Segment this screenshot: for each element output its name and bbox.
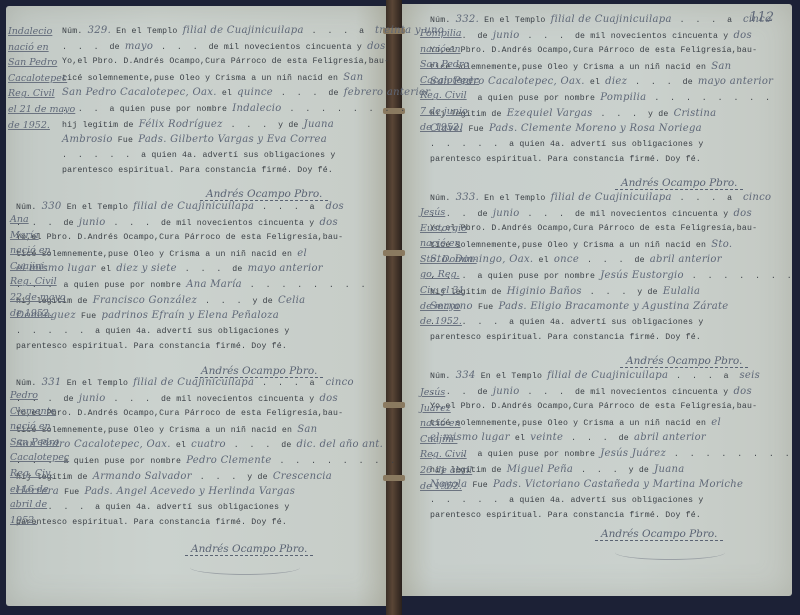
godparents-field: Pads. Eligio Bracamonte y Agustina Zárat… <box>498 301 728 312</box>
form-text: En el Templo <box>476 372 548 381</box>
birth-day-field: veinte <box>530 432 563 443</box>
margin-note-line: de mayo <box>420 299 477 315</box>
day-field: cinco <box>743 192 771 203</box>
birth-day-field: cuatro <box>191 439 226 450</box>
margin-note-line: el 16 de <box>10 482 69 498</box>
form-line: Yo,el Pbro. D.Andrés Ocampo,Cura Párroco… <box>16 230 356 246</box>
entry-number: 331 <box>42 377 62 388</box>
margin-note-line: nació en <box>420 416 472 432</box>
form-text: de mil novecientos cincuenta y <box>575 388 734 397</box>
form-line: . . . . . a quien 4a. advertí sus obliga… <box>62 148 402 164</box>
form-text: Yo,el Pbro. D.Andrés Ocampo,Cura Párroco… <box>430 224 757 233</box>
margin-note: JesúsJuáreznació enCuajini-Reg. Civil26 … <box>420 385 472 494</box>
form-line: . . . de junio . . . de mil novecientos … <box>16 215 356 231</box>
godparents-field: padrinos Efraín y Elena Peñaloza <box>101 310 279 321</box>
form-line: . . . de junio . . . de mil novecientos … <box>430 206 770 222</box>
dots: . . . <box>273 89 328 98</box>
form-text: de <box>232 265 247 274</box>
dots: . . . . . . . . <box>684 272 800 281</box>
father-field: Ezequiel Vargas <box>507 108 593 119</box>
margin-note-line: 26 de abril <box>420 463 472 479</box>
baptism-entry: Núm. 334 En el Templo filial de Cuajinic… <box>430 368 770 524</box>
dots: . . . <box>593 110 648 119</box>
templo-field: filial de Cuajinicuilapa <box>551 14 672 25</box>
signature-flourish <box>615 545 725 560</box>
godparents-field: Pads. Victoriano Castañeda y Martina Mor… <box>493 479 743 490</box>
margin-note-line: Jesús <box>420 385 472 401</box>
margin-note-line: Indalecio <box>8 24 75 40</box>
baptism-entry: Núm. 330 En el Templo filial de Cuajinic… <box>16 199 356 355</box>
num-label: Núm. <box>430 16 456 25</box>
form-line: . . . a quien puse por nombre Jesús Eust… <box>430 268 770 284</box>
margin-note-line: nació en <box>10 419 69 435</box>
year-field: dos <box>733 208 751 219</box>
margin-note-line: Cuajini- <box>420 432 472 448</box>
form-text: de mil novecientos cincuenta y <box>575 32 734 41</box>
mother-field: Crescencia <box>273 471 332 482</box>
form-text: a quien puse por nombre <box>63 457 186 466</box>
margin-note-line: Sto. Domin- <box>420 252 477 268</box>
margin-note-line: Pedro <box>10 388 69 404</box>
signature-flourish <box>190 560 300 575</box>
birthplace-field: San Pedro Cacalotepec, Oax. <box>62 87 217 98</box>
form-line: ticé solemnemente,puse Oleo y Crisma a u… <box>430 59 770 75</box>
margin-note-line: de 1952. <box>420 479 472 495</box>
form-line: Núm. 329. En el Templo filial de Cuajini… <box>62 23 402 39</box>
form-line: ticé solemnemente,puse Oleo y Crisma a u… <box>62 70 402 86</box>
margin-note-line: Cuajini- <box>10 259 66 275</box>
priest-signature: Andrés Ocampo Pbro. <box>185 543 313 556</box>
month-field: junio <box>493 386 520 397</box>
form-text: de <box>281 441 296 450</box>
dots: . . . <box>153 43 208 52</box>
margin-note-line: nació en <box>8 40 75 56</box>
godparents-field: Pads. Angel Acevedo y Herlinda Vargas <box>85 486 296 497</box>
num-label: Núm. <box>16 203 42 212</box>
margin-note-line: Cacalotepec <box>8 71 75 87</box>
form-line: Sto. Domingo, Oax. el once . . . de abri… <box>430 252 770 268</box>
form-line: Serrano Fue Pads. Eligio Bracamonte y Ag… <box>430 299 770 315</box>
name-field: Indalecio <box>232 103 281 114</box>
birth-day-field: diez y siete <box>116 263 177 274</box>
entry-number: 330 <box>42 201 62 212</box>
margin-note-line: Cacalotepec <box>10 450 69 466</box>
baptism-entry: Núm. 333. En el Templo filial de Cuajini… <box>430 190 770 346</box>
binding-stitch <box>383 402 405 408</box>
entry-number: 332. <box>456 14 479 25</box>
dots: . . . <box>520 32 575 41</box>
birthplace-field: el <box>711 417 721 428</box>
month-field: junio <box>79 393 106 404</box>
year-field: dos <box>319 217 337 228</box>
form-text: a quien puse por nombre <box>477 450 600 459</box>
margin-note-line: 22 de mayo <box>10 290 66 306</box>
form-text: de mil novecientos cincuenta y <box>161 219 320 228</box>
dots: . . . <box>192 473 247 482</box>
mother-field: Celia <box>278 295 305 306</box>
form-text: En el Templo <box>479 194 551 203</box>
dots: . . . a <box>672 194 743 203</box>
dots: . . . <box>579 256 634 265</box>
dots: . . . . . <box>430 496 509 505</box>
birth-day-field: once <box>554 254 579 265</box>
form-line: Núm. 334 En el Templo filial de Cuajinic… <box>430 368 770 384</box>
binding-stitch <box>383 250 405 256</box>
margin-note-line: 1952. <box>10 513 69 529</box>
form-text: de <box>63 219 78 228</box>
father-field: Francisco González <box>93 295 197 306</box>
month-field: junio <box>493 208 520 219</box>
margin-note-line: Jesús <box>420 205 477 221</box>
form-text: parentesco espiritual. Para constancia f… <box>430 155 701 164</box>
form-line: . . . . . a quien 4a. advertí sus obliga… <box>430 493 770 509</box>
margin-note: Pompilianació enSan PedroCacalotepecReg.… <box>420 26 479 135</box>
form-text: a quien puse por nombre <box>63 281 186 290</box>
templo-field: filial de Cuajinicuilapa <box>133 201 254 212</box>
month-field: junio <box>493 30 520 41</box>
form-line: Núm. 333. En el Templo filial de Cuajini… <box>430 190 770 206</box>
dots: . . . <box>573 466 628 475</box>
dots: . . . . . <box>16 327 95 336</box>
form-text: parentesco espiritual. Para constancia f… <box>430 333 701 342</box>
dots: . . . <box>520 388 575 397</box>
dots: . . . . . . . . <box>646 94 773 103</box>
dots: . . . <box>582 288 637 297</box>
margin-note-line: San Pedro <box>420 57 479 73</box>
form-text: Yo,el Pbro. D.Andrés Ocampo,Cura Párroco… <box>62 57 389 66</box>
birth-month-field: mayo anterior <box>248 263 323 274</box>
birthplace-field: San <box>343 72 363 83</box>
margin-note-line: Cacalotepec <box>420 73 479 89</box>
form-text: el <box>96 265 116 274</box>
form-line: hij legítim de Higinio Baños . . . y de … <box>430 284 770 300</box>
name-field: Ana María <box>186 279 242 290</box>
form-line: ticé solemnemente,puse Oleo y Crisma a u… <box>16 246 356 262</box>
form-line: . . . de junio . . . de mil novecientos … <box>430 384 770 400</box>
form-text: a quien puse por nombre <box>477 94 600 103</box>
dots: . . . a <box>304 27 375 36</box>
form-text: parentesco espiritual. Para constancia f… <box>430 511 701 520</box>
margin-note-line: San Pedro <box>10 435 69 451</box>
form-line: Yo,el Pbro. D.Andrés Ocampo,Cura Párroco… <box>430 221 770 237</box>
entry-number: 329. <box>88 25 111 36</box>
form-line: parentesco espiritual. Para constancia f… <box>62 163 402 179</box>
godparents-field: Pads. Gilberto Vargas y Eva Correa <box>138 134 327 145</box>
margin-note: JesúsEustorgionació enSto. Domin-go. Reg… <box>420 205 477 330</box>
form-text: de <box>328 89 343 98</box>
form-line: . . . a quien puse por nombre Indalecio … <box>62 101 402 117</box>
form-line: San Pedro Cacalotepec, Oax. el diez . . … <box>430 74 770 90</box>
margin-note: AnaMaríanació enCuajini-Reg. Civil22 de … <box>10 212 66 321</box>
margin-note-line: nació en <box>420 42 479 58</box>
margin-note-line: Reg. Civil <box>420 447 472 463</box>
margin-note-line: de 1952. <box>10 306 66 322</box>
margin-note-line: nació en <box>420 236 477 252</box>
name-field: Jesús Eustorgio <box>600 270 684 281</box>
form-text: a quien puse por nombre <box>109 105 232 114</box>
baptism-entry: Núm. 332. En el Templo filial de Cuajini… <box>430 12 770 168</box>
margin-note-line: go. Reg. <box>420 267 477 283</box>
dots: . . . <box>177 265 232 274</box>
margin-note-line: nació en <box>10 243 66 259</box>
dots: . . . . . <box>62 151 141 160</box>
father-field: Miguel Peña <box>507 464 573 475</box>
day-field: seis <box>740 370 761 381</box>
dots: . . . <box>106 395 161 404</box>
form-line: Yo,el Pbro. D.Andrés Ocampo,Cura Párroco… <box>430 43 770 59</box>
form-text: Yo,el Pbro. D.Andrés Ocampo,Cura Párroco… <box>430 402 757 411</box>
templo-field: filial de Cuajinicuilapa <box>133 377 254 388</box>
margin-note: Indalecionació enSan PedroCacalotepecReg… <box>8 24 75 133</box>
form-text: a quien 4a. advertí sus obligaciones y <box>509 318 703 327</box>
form-text: de <box>634 256 649 265</box>
form-line: . . . de junio . . . de mil novecientos … <box>430 28 770 44</box>
birth-month-field: abril anterior <box>634 432 706 443</box>
form-line: hij legítim de Francisco González . . . … <box>16 293 356 309</box>
form-line: ticé solemnemente,puse Oleo y Crisma a u… <box>430 237 770 253</box>
birth-month-field: abril anterior <box>650 254 722 265</box>
year-field: dos <box>733 30 751 41</box>
form-line: Ambrosio Fue Pads. Gilberto Vargas y Eva… <box>62 132 402 148</box>
form-text: y de <box>278 121 304 130</box>
margin-note-line: Reg. Civil <box>420 88 479 104</box>
form-text: el <box>510 434 530 443</box>
birthplace-field: el <box>297 248 307 259</box>
birth-month-field: febrero anterior <box>344 87 431 98</box>
form-line: . . . . . a quien 4a. advertí sus obliga… <box>430 137 770 153</box>
margin-note-line: de 1952. <box>420 314 477 330</box>
form-text: a quien 4a. advertí sus obligaciones y <box>509 496 703 505</box>
birth-day-field: quince <box>237 87 273 98</box>
form-text: a quien 4a. advertí sus obligaciones y <box>95 503 289 512</box>
form-line: Noyola Fue Pads. Victoriano Castañeda y … <box>430 477 770 493</box>
margin-note-line: Reg. Civil <box>8 86 75 102</box>
margin-note-line: Ana <box>10 212 66 228</box>
form-text: y de <box>247 473 273 482</box>
form-text: a quien 4a. advertí sus obligaciones y <box>509 140 703 149</box>
dots: . . . . . . . . <box>242 281 369 290</box>
baptism-entry: Núm. 329. En el Templo filial de Cuajini… <box>62 23 402 179</box>
mother-field: Juana <box>304 119 334 130</box>
birthplace-field: Sto. <box>711 239 732 250</box>
dots: . . . a <box>672 16 743 25</box>
num-label: Núm. <box>430 372 456 381</box>
margin-note-line: abril de <box>10 497 69 513</box>
form-text: de <box>683 78 698 87</box>
birthplace-field: San <box>297 424 317 435</box>
entry-number: 334 <box>456 370 476 381</box>
form-text: parentesco espiritual. Para constancia f… <box>16 342 287 351</box>
margin-note-line: de 1952. <box>420 120 479 136</box>
margin-note-line: Reg. Civ. <box>10 466 69 482</box>
templo-field: filial de Cuajinicuilapa <box>183 25 304 36</box>
day-field: cinco <box>326 377 354 388</box>
form-line: parentesco espiritual. Para constancia f… <box>16 339 356 355</box>
name-field: Pedro Clemente <box>186 455 271 466</box>
dots: . . . . . . . . <box>282 105 409 114</box>
form-line: Domínguez Fue padrinos Efraín y Elena Pe… <box>16 308 356 324</box>
form-text: el <box>171 441 191 450</box>
form-text: Fue <box>473 303 499 312</box>
form-text: En el Templo <box>62 379 134 388</box>
form-line: el mismo lugar el veinte . . . de abril … <box>430 430 770 446</box>
form-text: de <box>477 210 492 219</box>
form-text: En el Templo <box>62 203 134 212</box>
entry-number: 333. <box>456 192 479 203</box>
priest-signature: Andrés Ocampo Pbro. <box>595 528 723 541</box>
num-label: Núm. <box>16 379 42 388</box>
form-text: el <box>217 89 237 98</box>
form-line: . . . . . a quien 4a. advertí sus obliga… <box>430 315 770 331</box>
mother-field: Juana <box>654 464 684 475</box>
form-line: parentesco espiritual. Para constancia f… <box>430 152 770 168</box>
father-field: Armando Salvador <box>93 471 192 482</box>
form-line: hij legítim de Ezequiel Vargas . . . y d… <box>430 106 770 122</box>
godparents-field: Pads. Clemente Moreno y Rosa Noriega <box>489 123 702 134</box>
margin-note-line: 7 de junio <box>420 104 479 120</box>
form-text: de <box>477 32 492 41</box>
name-field: Jesús Juárez <box>600 448 666 459</box>
form-line: el mismo lugar el diez y siete . . . de … <box>16 261 356 277</box>
mother-field: Cristina <box>674 108 717 119</box>
form-text: de <box>109 43 124 52</box>
year-field: dos <box>367 41 385 52</box>
margin-note-line: Reg. Civil <box>10 274 66 290</box>
templo-field: filial de Cuajinicuilapa <box>547 370 668 381</box>
form-line: Yo,el Pbro. D.Andrés Ocampo,Cura Párroco… <box>430 399 770 415</box>
father-field: Higinio Baños <box>507 286 582 297</box>
form-line: hij legítim de Miguel Peña . . . y de Ju… <box>430 462 770 478</box>
form-line: . . . a quien puse por nombre Jesús Juár… <box>430 446 770 462</box>
margin-note-line: Civ. el 31 <box>420 283 477 299</box>
form-text: y de <box>648 110 674 119</box>
form-line: . . . de mayo . . . de mil novecientos c… <box>62 39 402 55</box>
form-line: ticé solemnemente,puse Oleo y Crisma a u… <box>430 415 770 431</box>
form-line: hij legítim de Félix Rodríguez . . . y d… <box>62 117 402 133</box>
name-field: Pompilia <box>600 92 646 103</box>
form-text: de mil novecientos cincuenta y <box>209 43 368 52</box>
margin-note-line: María <box>10 228 66 244</box>
dots: . . . a <box>668 372 739 381</box>
form-line: San Pedro Cacalotepec, Oax. el quince . … <box>62 85 402 101</box>
year-field: dos <box>733 386 751 397</box>
form-text: de <box>619 434 634 443</box>
dots: . . . <box>226 441 281 450</box>
dots: . . . <box>563 434 618 443</box>
mother-field: Eulalia <box>663 286 700 297</box>
form-text: a quien 4a. advertí sus obligaciones y <box>95 327 289 336</box>
priest-signature: Andrés Ocampo Pbro. <box>620 355 748 368</box>
margin-note-line: de 1952. <box>8 118 75 134</box>
dots: . . . <box>106 219 161 228</box>
birthplace-field: San <box>711 61 731 72</box>
margin-note-line: el 21 de mayo <box>8 102 75 118</box>
dots: . . . <box>520 210 575 219</box>
form-line: parentesco espiritual. Para constancia f… <box>430 330 770 346</box>
binding-stitch <box>383 475 405 481</box>
form-text: de mil novecientos cincuenta y <box>161 395 320 404</box>
margin-note-line: San Pedro <box>8 55 75 71</box>
birth-month-field: dic. del año ant. <box>297 439 384 450</box>
form-text: el <box>585 78 605 87</box>
form-text: a quien 4a. advertí sus obligaciones y <box>141 151 335 160</box>
form-text: Fue <box>113 136 139 145</box>
form-line: parentesco espiritual. Para constancia f… <box>430 508 770 524</box>
num-label: Núm. <box>430 194 456 203</box>
form-text: de mil novecientos cincuenta y <box>575 210 734 219</box>
margin-note-line: Eustorgio <box>420 221 477 237</box>
mother-surname-field: Ambrosio <box>62 134 113 145</box>
year-field: dos <box>319 393 337 404</box>
templo-field: filial de Cuajinicuilapa <box>551 192 672 203</box>
dots: . . . <box>627 78 682 87</box>
margin-note-line: Pompilia <box>420 26 479 42</box>
dots: . . . . . . . . <box>666 450 793 459</box>
margin-note-line: Juárez <box>420 401 472 417</box>
form-text: parentesco espiritual. Para constancia f… <box>62 166 333 175</box>
form-line: Yo,el Pbro. D.Andrés Ocampo,Cura Párroco… <box>62 54 402 70</box>
form-text: Fue <box>76 312 102 321</box>
form-line: . . . . . a quien 4a. advertí sus obliga… <box>16 324 356 340</box>
dots: . . . <box>197 297 252 306</box>
form-text: En el Templo <box>479 16 551 25</box>
form-text: y de <box>252 297 278 306</box>
form-line: . . . a quien puse por nombre Ana María … <box>16 277 356 293</box>
form-text: de <box>477 388 492 397</box>
dots: . . . <box>223 121 278 130</box>
dots: . . . . . . . . <box>272 457 399 466</box>
dots: . . . a <box>254 379 325 388</box>
month-field: mayo <box>125 41 153 52</box>
day-field: cinco <box>743 14 771 25</box>
birth-month-field: mayo anterior <box>698 76 773 87</box>
margin-note: PedroClementenació enSan PedroCacalotepe… <box>10 388 69 528</box>
form-line: Clavel Fue Pads. Clemente Moreno y Rosa … <box>430 121 770 137</box>
form-text: ticé solemnemente,puse Oleo y Crisma a u… <box>62 74 343 83</box>
form-text: el <box>533 256 553 265</box>
form-text: a quien puse por nombre <box>477 272 600 281</box>
form-line: . . . a quien puse por nombre Pompilia .… <box>430 90 770 106</box>
form-text: y de <box>629 466 655 475</box>
form-text: En el Templo <box>111 27 183 36</box>
father-field: Félix Rodríguez <box>139 119 223 130</box>
month-field: junio <box>79 217 106 228</box>
birth-day-field: diez <box>605 76 627 87</box>
day-field: dos <box>326 201 344 212</box>
form-text: y de <box>637 288 663 297</box>
priest-signature: Andrés Ocampo Pbro. <box>615 177 743 190</box>
dots: . . . . . <box>430 140 509 149</box>
form-line: Núm. 332. En el Templo filial de Cuajini… <box>430 12 770 28</box>
form-line: Núm. 330 En el Templo filial de Cuajinic… <box>16 199 356 215</box>
dots: . . . a <box>254 203 325 212</box>
margin-note-line: Clemente <box>10 404 69 420</box>
